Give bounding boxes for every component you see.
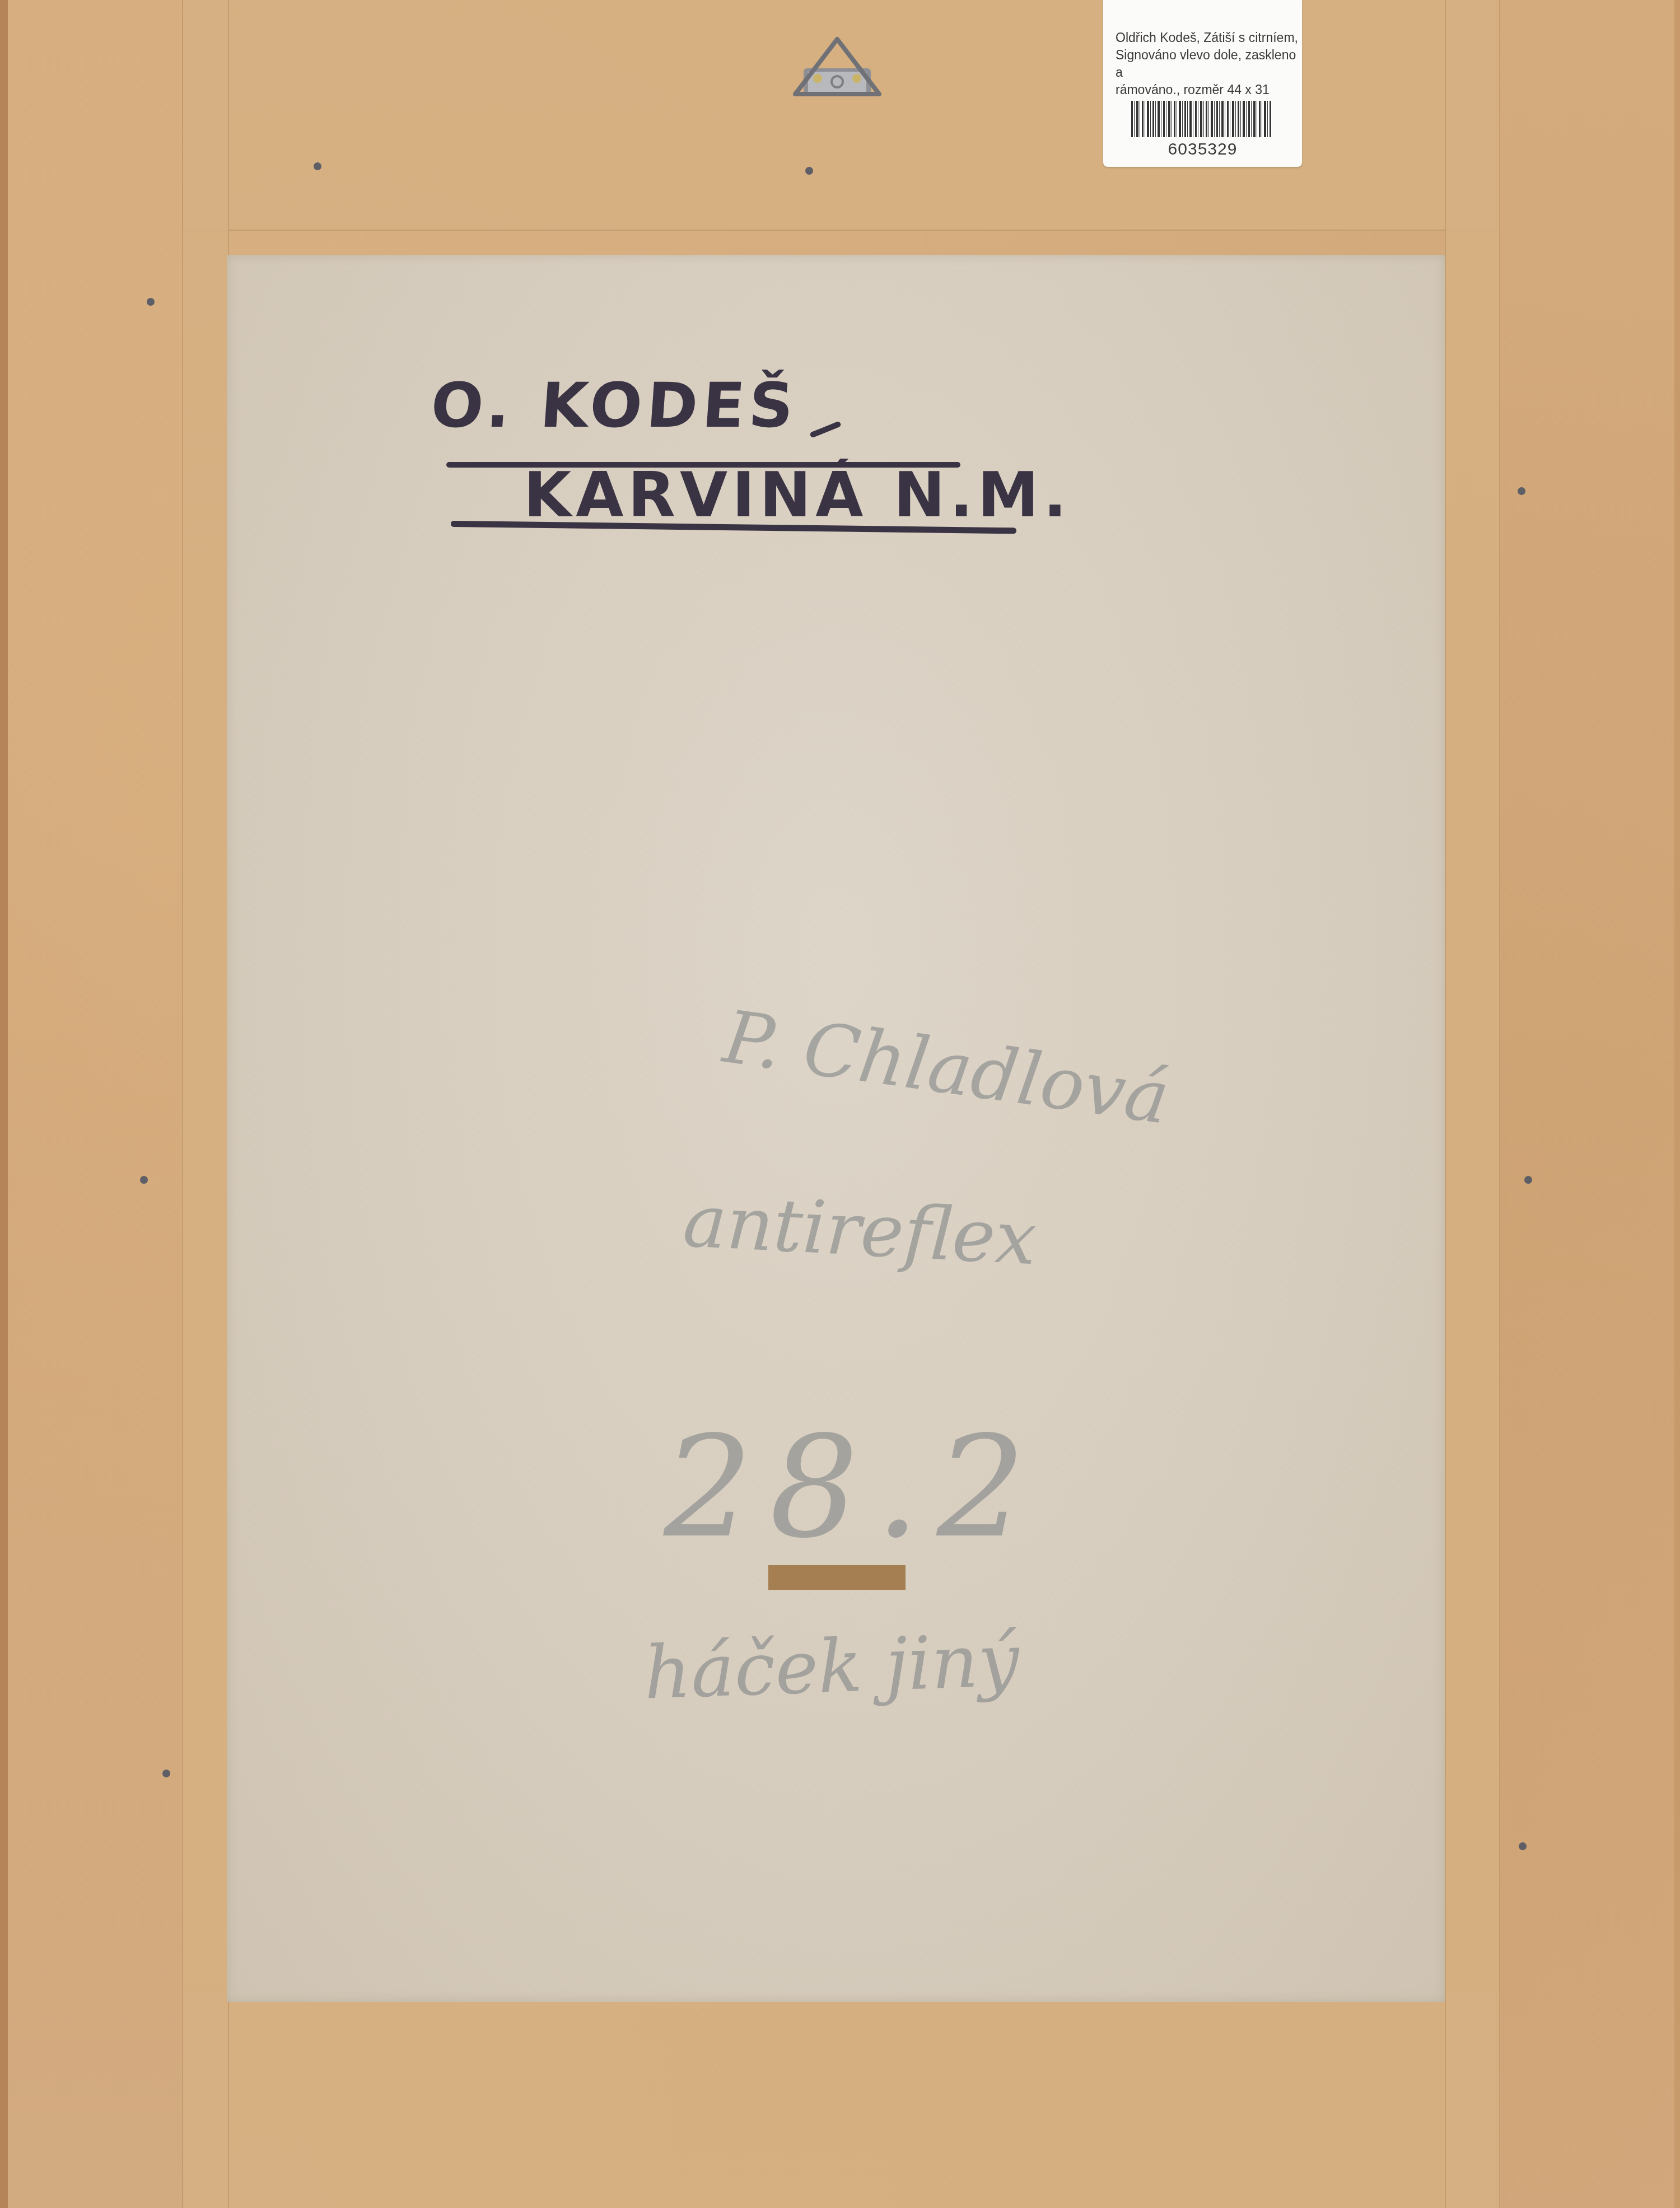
tape-strip-bottom bbox=[182, 1991, 1497, 2208]
barcode-icon bbox=[1131, 101, 1272, 137]
nail-icon bbox=[314, 162, 321, 170]
nail-icon bbox=[147, 298, 155, 306]
label-line: rámováno., rozměr 44 x 31 bbox=[1116, 81, 1300, 99]
frame-edge-left bbox=[0, 0, 8, 2208]
triangle-hanger-icon bbox=[787, 35, 888, 97]
pencil-note-secondary: háček jiný bbox=[643, 1617, 1021, 1715]
nail-icon bbox=[162, 1770, 170, 1777]
label-line: Signováno vlevo dole, zaskleno a bbox=[1116, 46, 1300, 81]
brown-tape-piece bbox=[768, 1565, 906, 1590]
ink-place-name: KARVINÁ N.M. bbox=[524, 459, 1071, 531]
tape-strip-right bbox=[1445, 0, 1500, 2208]
ink-artist-name: O. KODEŠ bbox=[429, 370, 801, 441]
pencil-number: 28.2 bbox=[664, 1406, 1043, 1569]
nail-icon bbox=[1518, 487, 1525, 495]
nail-icon bbox=[140, 1176, 148, 1184]
label-line: Oldřich Kodeš, Zátiší s citrníem, bbox=[1116, 29, 1300, 46]
label-description: Oldřich Kodeš, Zátiší s citrníem, Signov… bbox=[1116, 29, 1300, 99]
tape-strip-left bbox=[182, 0, 229, 2208]
barcode-number: 6035329 bbox=[1103, 140, 1302, 159]
nail-icon bbox=[1519, 1842, 1527, 1850]
nail-icon bbox=[1524, 1176, 1532, 1184]
auction-label: Oldřich Kodeš, Zátiší s citrníem, Signov… bbox=[1103, 0, 1302, 167]
nail-icon bbox=[805, 167, 813, 175]
frame-edge-right bbox=[1674, 0, 1680, 2208]
